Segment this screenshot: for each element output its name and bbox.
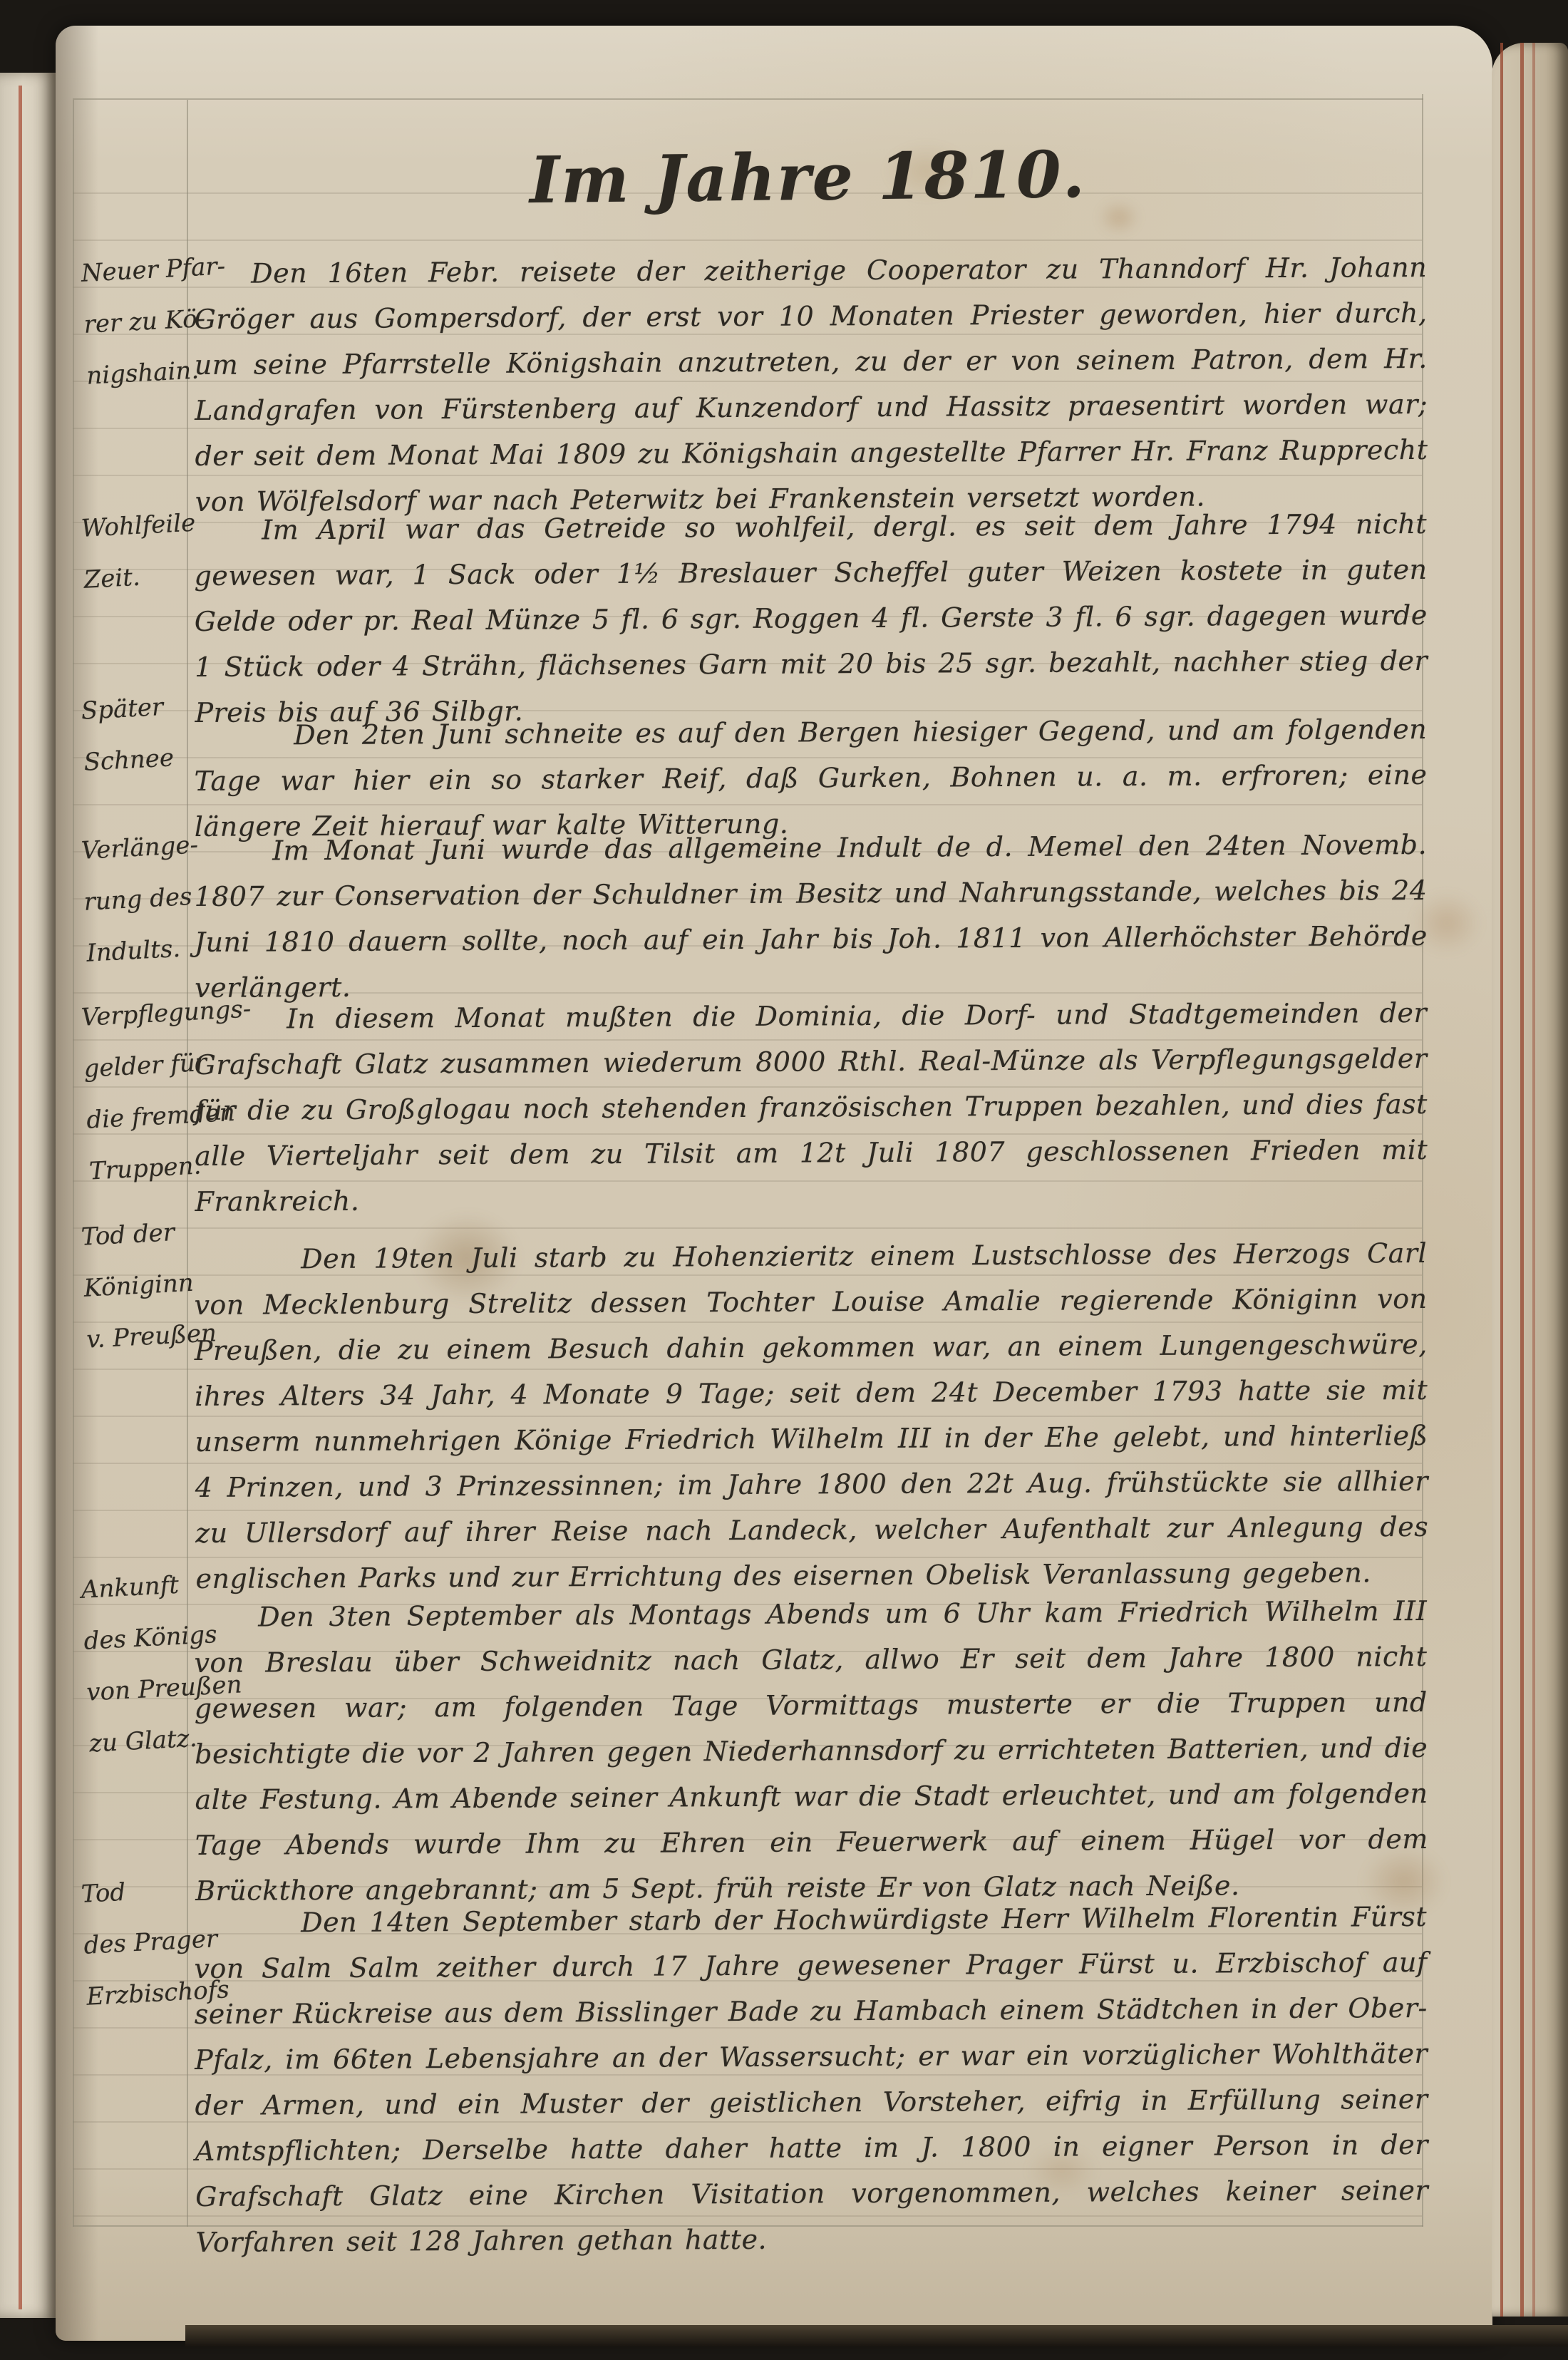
frame-line-top bbox=[73, 98, 1423, 100]
red-margin-rule bbox=[19, 86, 22, 2309]
chronicle-paragraph-ankunft-koenig: Den 3ten September als Montags Abends um… bbox=[194, 1588, 1428, 1914]
chronicle-paragraph-tod-koenigin: Den 19ten Juli starb zu Hohenzieritz ein… bbox=[194, 1230, 1429, 1602]
previous-page-edge bbox=[0, 73, 57, 2318]
red-page-edge-line bbox=[1532, 43, 1535, 2317]
book-bottom-edge bbox=[185, 2325, 1568, 2346]
page-title: Im Jahre 1810. bbox=[193, 133, 1422, 222]
book-scan: Im Jahre 1810. Neuer Pfar- rer zu Kö- ni… bbox=[0, 0, 1568, 2360]
page-edge-stack bbox=[1492, 43, 1568, 2317]
chronicle-paragraph-indult: Im Monat Juni wurde das allgemeine Indul… bbox=[194, 822, 1428, 1011]
chronicle-paragraph-tod-erzbischof: Den 14ten September starb der Hochwürdig… bbox=[194, 1894, 1429, 2265]
chronicle-paragraph-neuer-pfarrer: Den 16ten Febr. reisete der zeitherige C… bbox=[194, 244, 1428, 525]
red-page-edge-line bbox=[1500, 43, 1503, 2317]
frame-line-left bbox=[73, 100, 74, 2227]
red-page-edge-line bbox=[1520, 43, 1524, 2317]
chronicle-paragraph-wohlfeile-zeit: Im April war das Getreide so wohlfeil, d… bbox=[194, 501, 1428, 736]
chronicle-paragraph-verpflegungsgelder: In diesem Monat mußten die Dominia, die … bbox=[194, 990, 1428, 1225]
